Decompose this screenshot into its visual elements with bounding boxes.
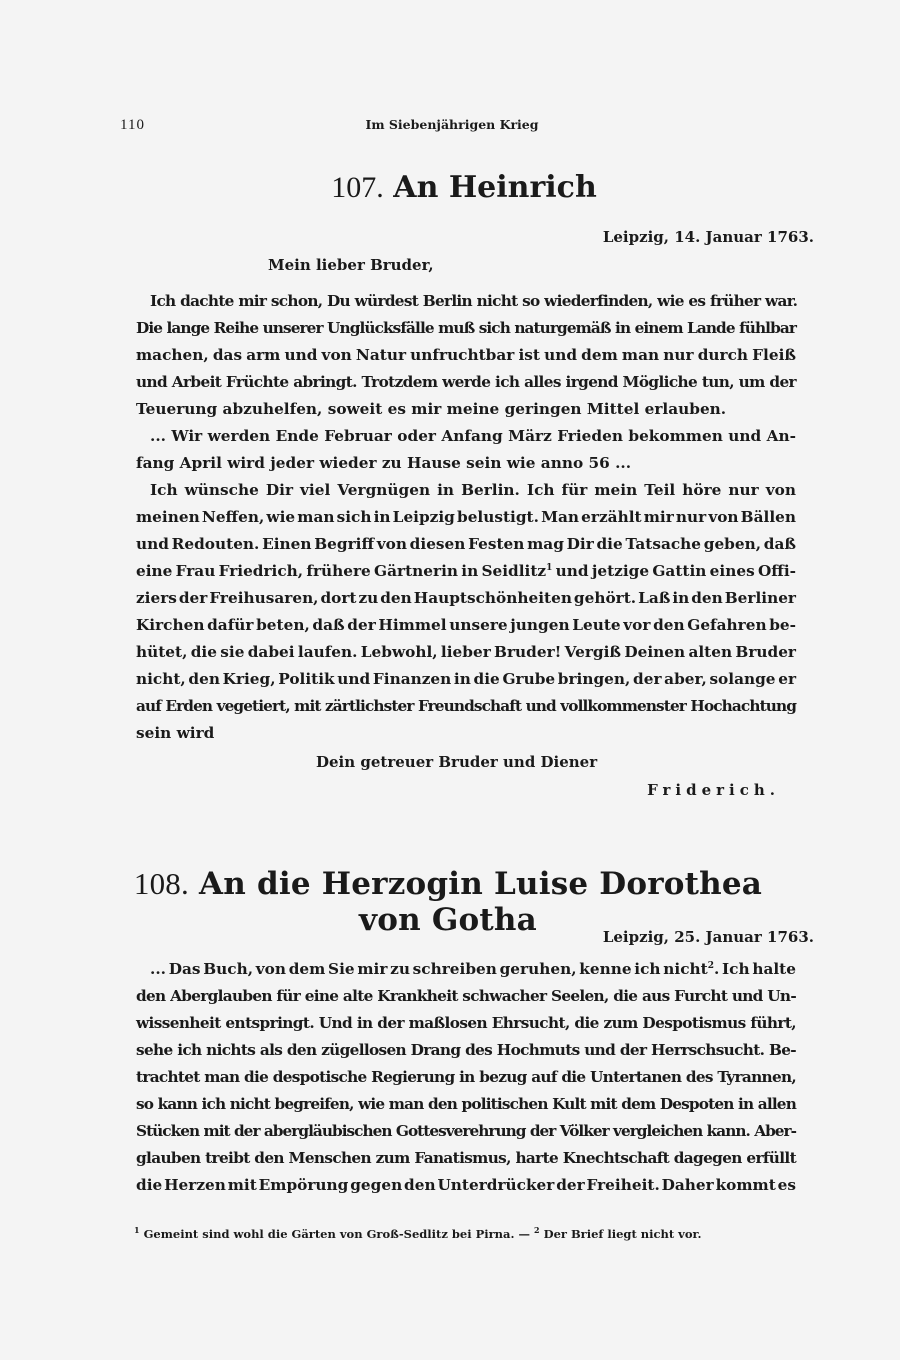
body-text: ... Das Buch, von dem Sie mir zu schreib…: [150, 960, 708, 978]
body-line: sehe ich nichts als den zügellosen Drang…: [136, 1037, 796, 1064]
body-line: Teuerung abzuhelfen, soweit es mir meine…: [136, 396, 796, 423]
letter-108-dateline: Leipzig, 25. Januar 1763.: [603, 928, 814, 946]
body-line: eine Frau Friedrich, frühere Gärtnerin i…: [136, 558, 796, 585]
running-title: Im Siebenjährigen Krieg: [122, 117, 782, 132]
body-line: und Redouten. Einen Begriff von diesen F…: [136, 531, 796, 558]
body-text: eine Frau Friedrich, frühere Gärtnerin i…: [136, 562, 546, 580]
body-line: meinen Neffen, wie man sich in Leipzig b…: [136, 504, 796, 531]
letter-number: 107.: [331, 171, 384, 204]
letter-108-body: ... Das Buch, von dem Sie mir zu schreib…: [136, 956, 796, 1199]
body-text: . Ich halte: [714, 960, 796, 978]
body-line: ... Das Buch, von dem Sie mir zu schreib…: [136, 956, 796, 983]
letter-number: 108.: [134, 866, 189, 901]
body-line: glauben treibt den Menschen zum Fanatism…: [136, 1145, 796, 1172]
body-line: so kann ich nicht begreifen, wie man den…: [136, 1091, 796, 1118]
body-line: Ich dachte mir schon, Du würdest Berlin …: [136, 288, 796, 315]
letter-107-dateline: Leipzig, 14. Januar 1763.: [603, 228, 814, 246]
body-line: Ich wünsche Dir viel Vergnügen in Berlin…: [136, 477, 796, 504]
body-line: Kirchen dafür beten, daß der Himmel unse…: [136, 612, 796, 639]
body-line: Stücken mit der abergläubischen Gottesve…: [136, 1118, 796, 1145]
body-line: nicht, den Krieg, Politik und Finanzen i…: [136, 666, 796, 693]
body-text: und jetzige Gattin eines Offi-: [552, 562, 796, 580]
footnote-2-text: Der Brief liegt nicht vor.: [540, 1227, 702, 1241]
body-line: und Arbeit Früchte abringt. Trotzdem wer…: [136, 369, 796, 396]
body-line: ziers der Freihusaren, dort zu den Haupt…: [136, 585, 796, 612]
body-line: machen, das arm und von Natur unfruchtba…: [136, 342, 796, 369]
body-line: auf Erden vegetiert, mit zärtlichster Fr…: [136, 693, 796, 720]
running-head: 110 Im Siebenjährigen Krieg: [136, 117, 796, 137]
letter-107-salutation: Mein lieber Bruder,: [268, 256, 434, 274]
footnotes: 1 Gemeint sind wohl die Gärten von Groß-…: [134, 1227, 702, 1241]
body-line: ... Wir werden Ende Februar oder Anfang …: [136, 423, 796, 450]
body-line: Die lange Reihe unserer Unglücksfälle mu…: [136, 315, 796, 342]
letter-107-heading: 107. An Heinrich: [134, 170, 794, 205]
body-line: fang April wird jeder wieder zu Hause se…: [136, 450, 796, 477]
body-line: hütet, die sie dabei laufen. Lebwohl, li…: [136, 639, 796, 666]
body-line: die Herzen mit Empörung gegen den Unterd…: [136, 1172, 796, 1199]
footnote-1-text: Gemeint sind wohl die Gärten von Groß-Se…: [140, 1227, 534, 1241]
letter-107-signature: Friderich.: [647, 781, 780, 799]
letter-107-closing: Dein getreuer Bruder und Diener: [316, 753, 597, 771]
letter-recipient: An Heinrich: [393, 170, 596, 205]
letter-107-body: Ich dachte mir schon, Du würdest Berlin …: [136, 288, 796, 747]
body-line: trachtet man die despotische Regierung i…: [136, 1064, 796, 1091]
body-line: den Aberglauben für eine alte Krankheit …: [136, 983, 796, 1010]
body-line: wissenheit entspringt. Und in der maßlos…: [136, 1010, 796, 1037]
body-line: sein wird: [136, 720, 796, 747]
